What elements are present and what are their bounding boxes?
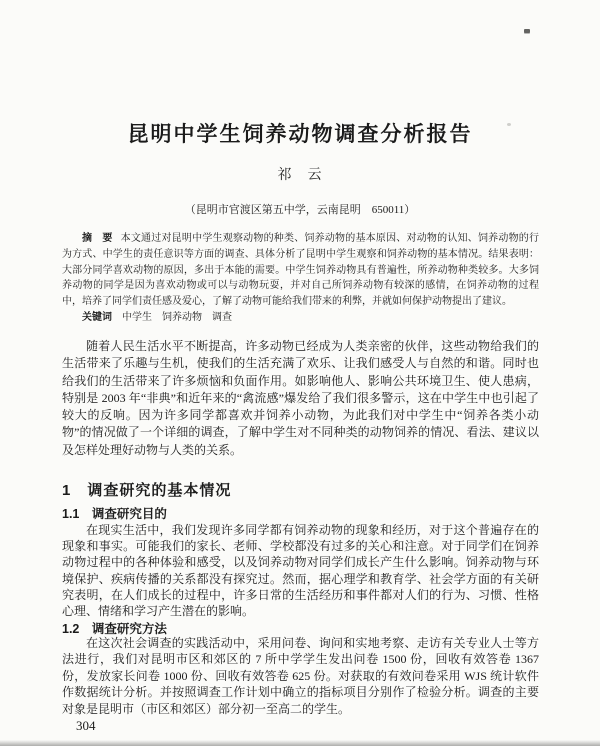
abstract-paragraph: 摘 要本文通过对昆明中学生观察动物的种类、饲养动物的基本原因、对动物的认知、饲养… bbox=[62, 231, 539, 310]
scan-artifact bbox=[524, 29, 530, 33]
intro-paragraph: 随着人民生活水平不断提高，许多动物已经成为人类亲密的伙伴，这些动物给我们的生活带… bbox=[62, 338, 539, 459]
section-1-2-text: 在这次社会调查的实践活动中，采用问卷、询问和实地考察、走访有关专业人士等方法进行… bbox=[62, 635, 539, 717]
section-1-heading: 1 调查研究的基本情况 bbox=[62, 479, 231, 500]
author-name: 祁 云 bbox=[0, 164, 600, 184]
paper-title: 昆明中学生饲养动物调查分析报告 bbox=[0, 118, 600, 148]
author-affiliation: （昆明市官渡区第五中学，云南昆明 650011） bbox=[0, 201, 600, 217]
page-number: 304 bbox=[76, 718, 96, 734]
scanned-paper-page: 昆明中学生饲养动物调查分析报告 祁 云 （昆明市官渡区第五中学，云南昆明 650… bbox=[0, 0, 600, 746]
scan-edge-shadow bbox=[0, 740, 600, 746]
keywords-line: 关键词中学生 饲养动物 调查 bbox=[62, 310, 539, 326]
abstract-block: 摘 要本文通过对昆明中学生观察动物的种类、饲养动物的基本原因、对动物的认知、饲养… bbox=[62, 231, 539, 326]
keywords-label: 关键词 bbox=[82, 312, 112, 323]
section-1-1-heading: 1.1 调查研究目的 bbox=[62, 504, 167, 522]
section-1-1-text: 在现实生活中，我们发现许多同学都有饲养动物的现象和经历，对于这个普遍存在的现象和… bbox=[62, 522, 539, 619]
abstract-label: 摘 要 bbox=[82, 233, 113, 244]
keywords-list: 中学生 饲养动物 调查 bbox=[122, 312, 232, 323]
abstract-text: 本文通过对昆明中学生观察动物的种类、饲养动物的基本原因、对动物的认知、饲养动物的… bbox=[62, 233, 539, 307]
